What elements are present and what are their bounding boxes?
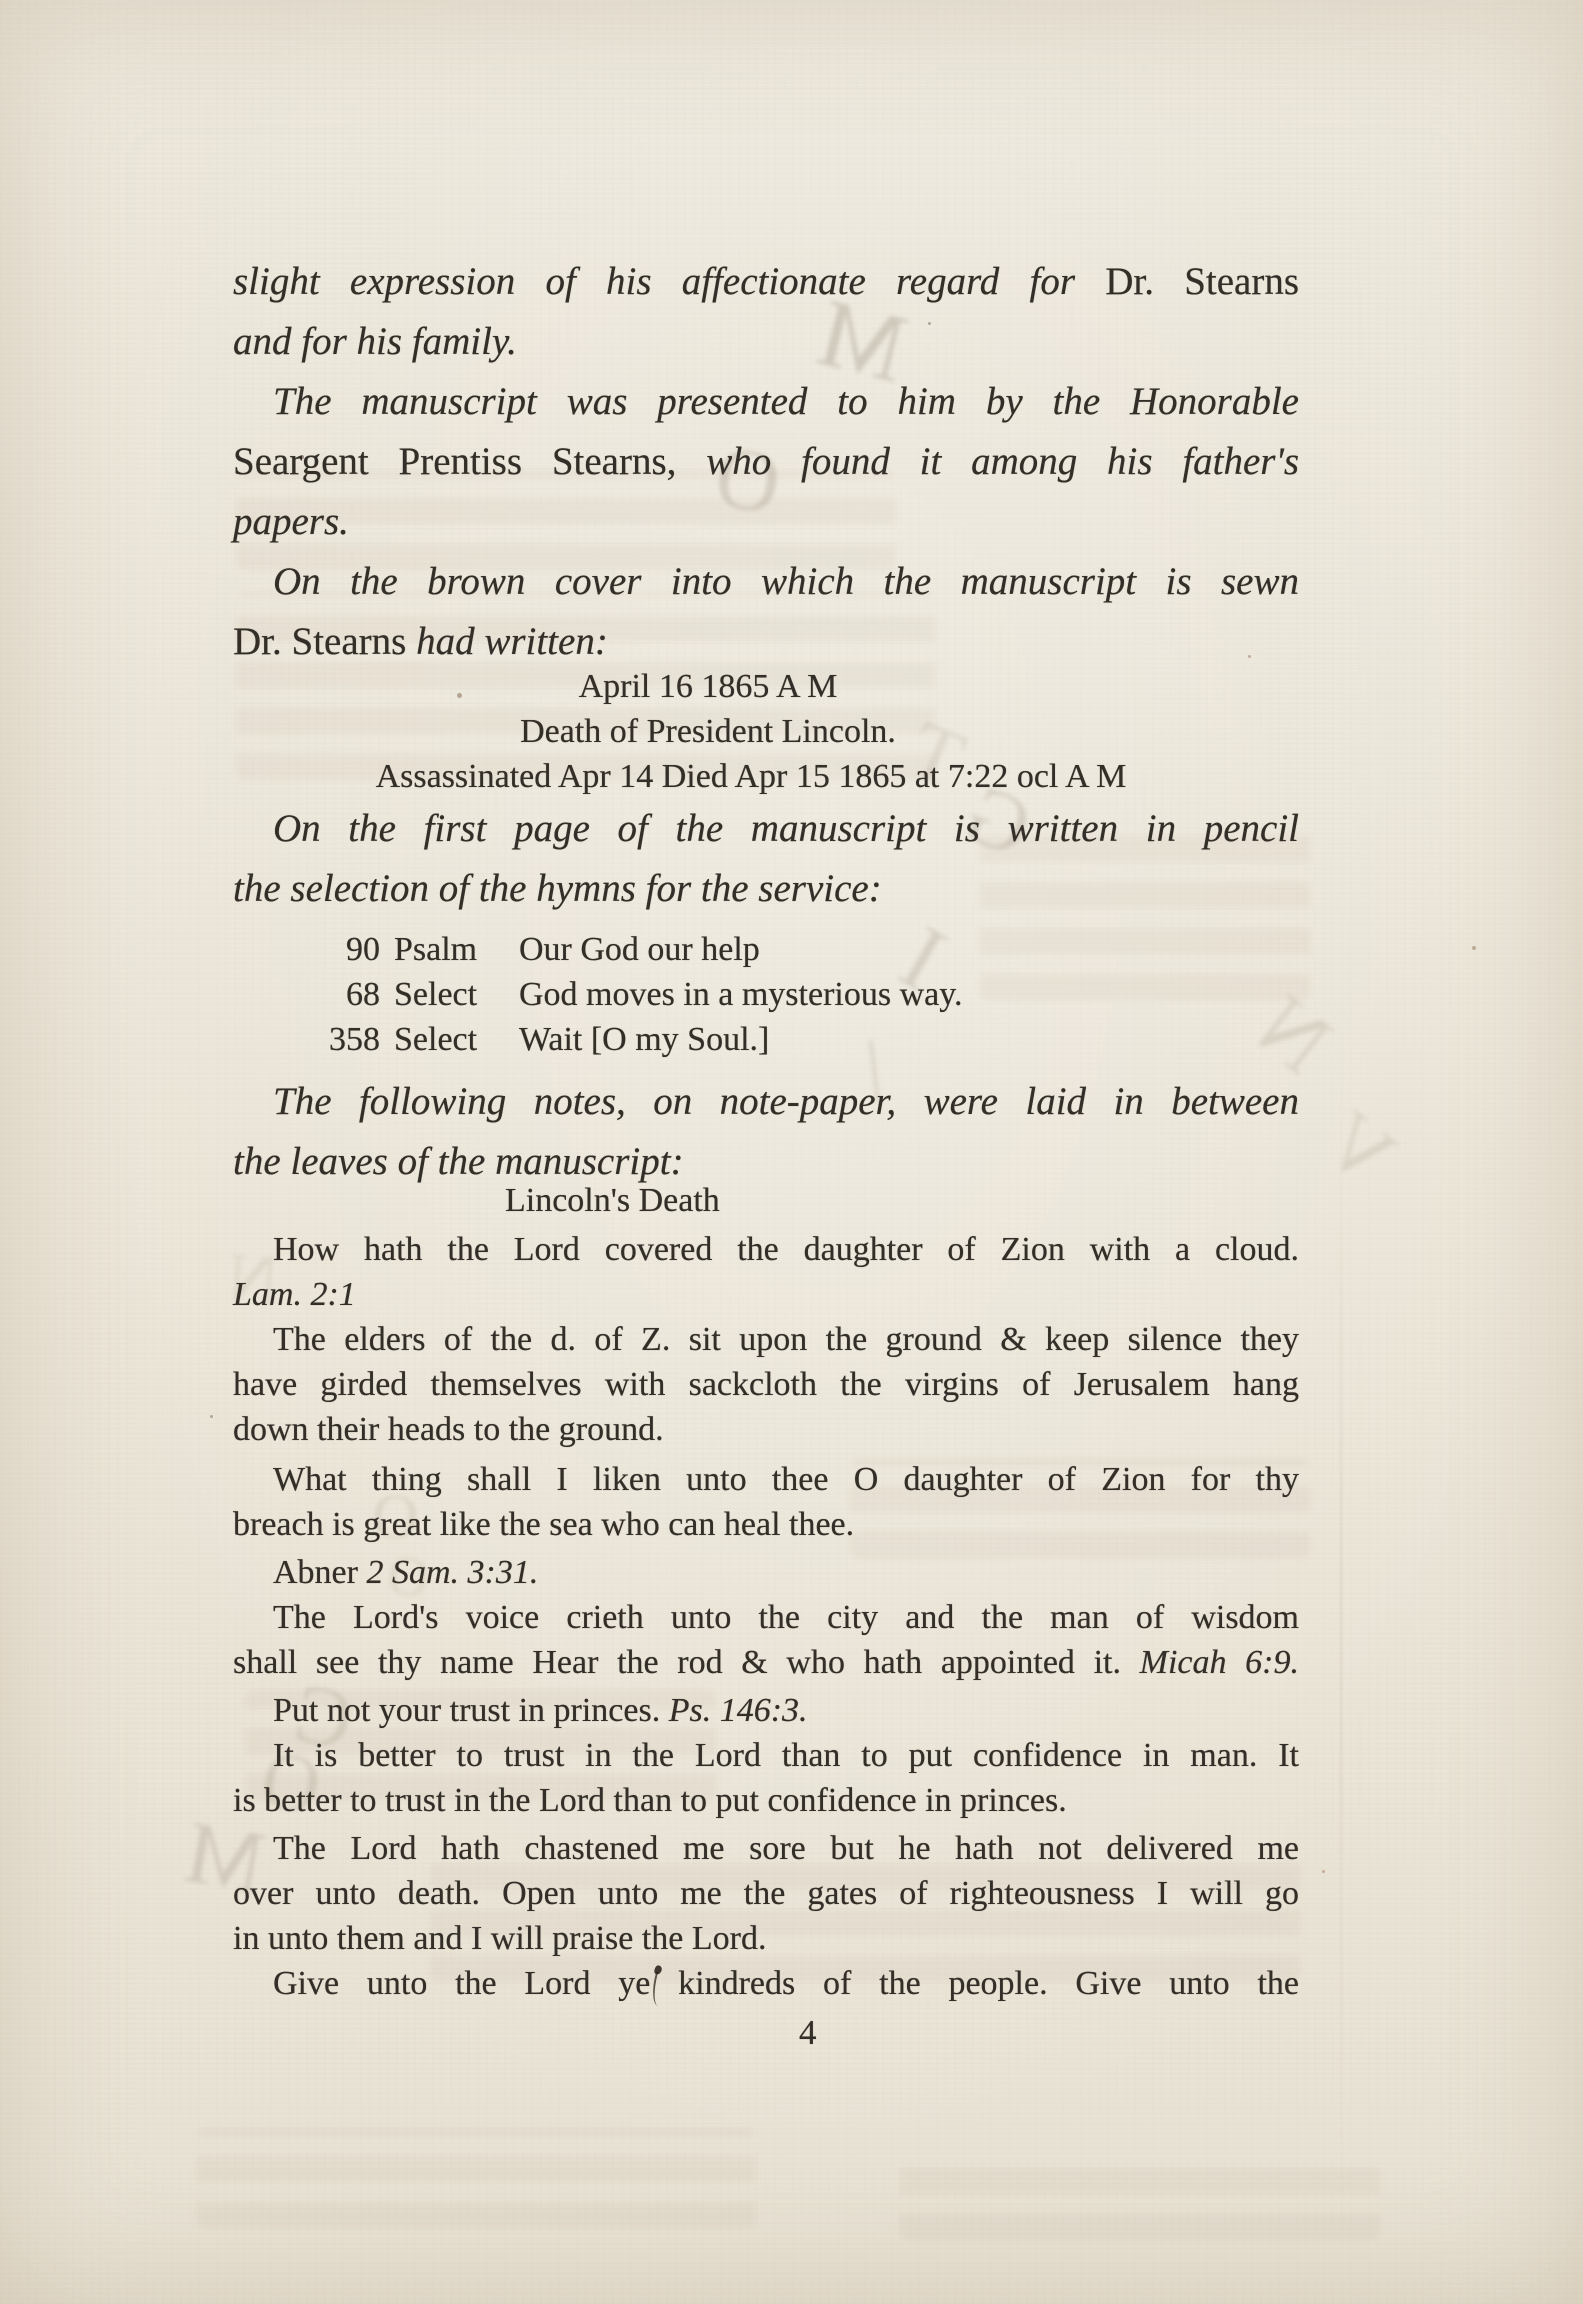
paper-crease	[1340, 1080, 1342, 2230]
text-line: Seargent Prentiss Stearns, who found it …	[233, 432, 1299, 492]
roman-text: Dr. Stearns	[233, 620, 406, 663]
text-line: On the first page of the manuscript is w…	[233, 799, 1299, 859]
text-line: Dr. Stearns had written:	[233, 612, 1299, 672]
text-line: The Lord hath chastened me sore but he h…	[233, 1826, 1299, 1871]
cover-inscription: April 16 1865 A M Death of President Lin…	[233, 664, 1183, 754]
hymn-number: 68	[325, 972, 380, 1017]
hymn-title: God moves in a mysterious way.	[519, 976, 963, 1013]
hymn-row: 68SelectGod moves in a mysterious way.	[325, 972, 1299, 1017]
text-line: The manuscript was presented to him by t…	[233, 372, 1299, 432]
bleedthrough-text-region	[900, 2150, 1380, 2240]
italic-text: 2 Sam. 3:31.	[366, 1554, 538, 1591]
hymn-number: 358	[325, 1017, 380, 1062]
italic-text: had written:	[416, 620, 608, 663]
text-block: slight expression of his affectionate re…	[233, 252, 1299, 2006]
text-line: How hath the Lord covered the daughter o…	[233, 1227, 1299, 1272]
text-line: The following notes, on note-paper, were…	[233, 1072, 1299, 1132]
italic-text: slight expression of his affectionate re…	[233, 260, 1075, 303]
bleedthrough-text-region	[196, 2128, 756, 2228]
text-line: What thing shall I liken unto thee O dau…	[233, 1457, 1299, 1502]
text-line: Put not your trust in princes. Ps. 146:3…	[233, 1688, 1299, 1733]
text-line: slight expression of his affectionate re…	[233, 252, 1299, 312]
notes-intro: The following notes, on note-paper, were…	[233, 1072, 1299, 1192]
italic-text: who found it among his father's	[706, 440, 1299, 483]
inscription-event: Death of President Lincoln.	[233, 709, 1183, 754]
italic-text: Micah 6:9.	[1140, 1644, 1299, 1681]
hymn-title: Our God our help	[519, 931, 760, 968]
hymn-title: Wait [O my Soul.]	[519, 1021, 769, 1058]
scanned-book-page: MOTGI/NVNOOCOM slight expression of his …	[0, 0, 1583, 2304]
hymn-row: 358SelectWait [O my Soul.]	[325, 1017, 1299, 1062]
text-line: is better to trust in the Lord than to p…	[233, 1778, 1299, 1823]
hymn-number: 90	[325, 927, 380, 972]
scripture-reference: Abner 2 Sam. 3:31.	[233, 1550, 1299, 1595]
paper-speck	[1472, 946, 1476, 950]
text-line: The elders of the d. of Z. sit upon the …	[233, 1317, 1299, 1362]
text-line: Give unto the Lord ye kindreds of the pe…	[233, 1961, 1299, 2006]
note-heading: Lincoln's Death	[505, 1178, 1299, 1223]
text-line: over unto death. Open unto me the gates …	[233, 1871, 1299, 1916]
roman-text: Dr. Stearns	[1105, 260, 1299, 303]
hymn-list: 90PsalmOur God our help 68SelectGod move…	[233, 927, 1299, 1062]
text-line: the selection of the hymns for the servi…	[233, 859, 1299, 919]
text-line: papers.	[233, 492, 1299, 552]
roman-text: shall see thy name Hear the rod & who ha…	[233, 1644, 1121, 1681]
text-line: breach is great like the sea who can hea…	[233, 1502, 1299, 1547]
text-line: The Lord's voice crieth unto the city an…	[233, 1595, 1299, 1640]
hymn-label: Select	[394, 972, 519, 1017]
hymn-label: Select	[394, 1017, 519, 1062]
text-line: down their heads to the ground.	[233, 1407, 1299, 1452]
roman-text: Abner	[273, 1554, 358, 1591]
text-line: shall see thy name Hear the rod & who ha…	[233, 1640, 1299, 1685]
page-number: 4	[799, 2013, 817, 2053]
italic-text: Ps. 146:3.	[669, 1692, 808, 1729]
paper-speck	[210, 1415, 213, 1418]
inscription-detail: Assassinated Apr 14 Died Apr 15 1865 at …	[218, 754, 1284, 799]
scripture-reference: Lam. 2:1	[233, 1272, 1299, 1317]
bleedthrough-letter: V	[1307, 1092, 1415, 1206]
text-line: have girded themselves with sackcloth th…	[233, 1362, 1299, 1407]
roman-text: Put not your trust in princes.	[273, 1692, 660, 1729]
roman-text: Seargent Prentiss Stearns,	[233, 440, 676, 483]
paper-speck	[1322, 1870, 1325, 1873]
text-line: It is better to trust in the Lord than t…	[233, 1733, 1299, 1778]
text-line: in unto them and I will praise the Lord.	[233, 1916, 1299, 1961]
hymn-row: 90PsalmOur God our help	[325, 927, 1299, 972]
hymn-label: Psalm	[394, 927, 519, 972]
text-line: On the brown cover into which the manusc…	[233, 552, 1299, 612]
text-line: and for his family.	[233, 312, 1299, 372]
